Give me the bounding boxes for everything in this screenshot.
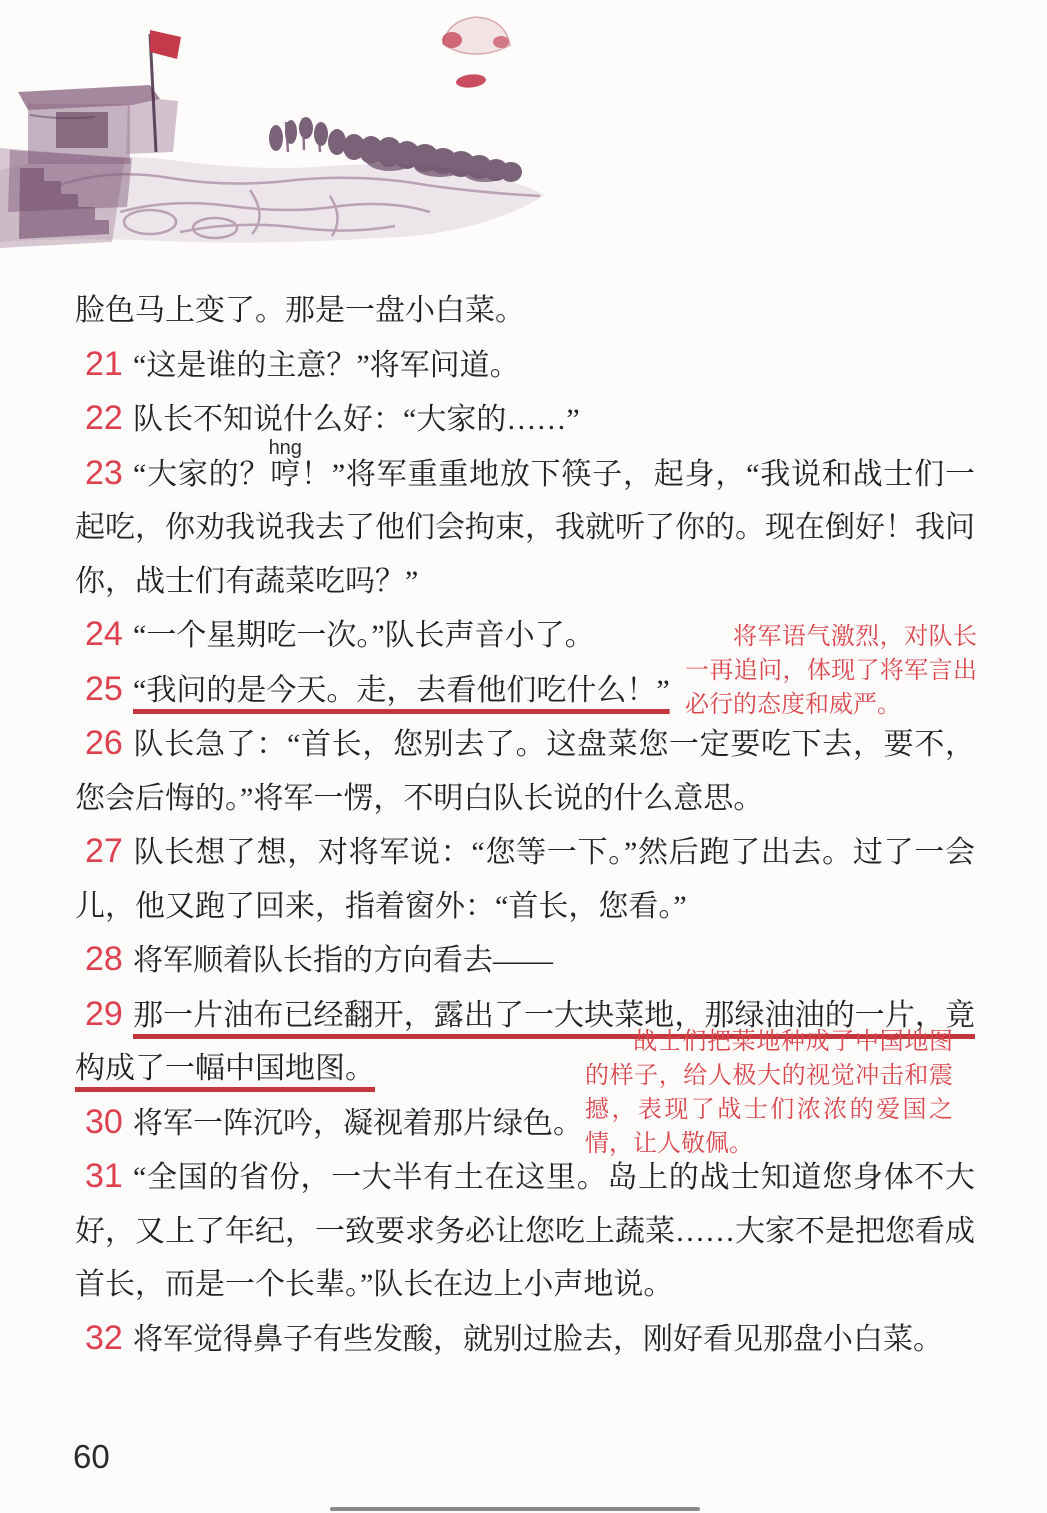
paragraph-32: 32将军觉得鼻子有些发酸，就别过脸去，刚好看见那盘小白菜。 bbox=[75, 1312, 975, 1367]
paragraph-23: 23“大家的？哼hng！”将军重重地放下筷子，起身，“我说和战士们一起吃，你劝我… bbox=[75, 447, 975, 609]
underlined-sentence: “我问的是今天。走，去看他们吃什么！” bbox=[133, 674, 670, 707]
pinyin-annotation: hng bbox=[269, 438, 302, 458]
paragraph-31: 31“全国的省份，一大半有土在这里。岛上的战士知道您身体不大好，又上了年纪，一致… bbox=[75, 1150, 975, 1312]
paragraph-number: 30 bbox=[75, 1096, 133, 1150]
paragraph-intro: 脸色马上变了。那是一盘小白菜。 bbox=[75, 284, 975, 338]
paragraph-21: 21“这是谁的主意？”将军问道。 bbox=[75, 338, 975, 393]
paragraph-number: 24 bbox=[75, 608, 133, 662]
paragraph-text: “大家的？哼hng！”将军重重地放下筷子，起身，“我说和战士们一起吃，你劝我说我… bbox=[75, 458, 975, 598]
paragraph-28: 28将军顺着队长指的方向看去—— bbox=[75, 933, 975, 988]
margin-note-2: 战士们把菜地种成了中国地图的样子，给人极大的视觉冲击和震撼，表现了战士们浓浓的爱… bbox=[585, 1025, 953, 1161]
paragraph-text: 将军顺着队长指的方向看去—— bbox=[133, 944, 553, 977]
char-heng: 哼 bbox=[270, 458, 300, 491]
paragraph-number: 23 bbox=[75, 447, 133, 501]
scan-artifact bbox=[330, 1507, 700, 1511]
parachute-icon bbox=[442, 17, 510, 89]
paragraph-text: 队长急了：“首长，您别去了。这盘菜您一定要吃下去，要不，您会后悔的。”将军一愣，… bbox=[75, 728, 975, 815]
paragraph-number: 29 bbox=[75, 988, 133, 1042]
paragraph-text: “全国的省份，一大半有土在这里。岛上的战士知道您身体不大好，又上了年纪，一致要求… bbox=[75, 1161, 975, 1301]
textbook-page: 脸色马上变了。那是一盘小白菜。 21“这是谁的主意？”将军问道。 22队长不知说… bbox=[0, 0, 1047, 1513]
paragraph-number: 21 bbox=[75, 338, 133, 392]
island-illustration bbox=[0, 0, 1047, 270]
paragraph-text: 队长想了想，对将军说：“您等一下。”然后跑了出去。过了一会儿，他又跑了回来，指着… bbox=[75, 836, 975, 923]
paragraph-number: 25 bbox=[75, 663, 133, 717]
paragraph-22: 22队长不知说什么好：“大家的……” bbox=[75, 392, 975, 447]
paragraph-number: 26 bbox=[75, 717, 133, 771]
page-number: 60 bbox=[73, 1438, 110, 1476]
paragraph-text: 将军一阵沉吟，凝视着那片绿色。 bbox=[133, 1107, 583, 1140]
paragraph-27: 27队长想了想，对将军说：“您等一下。”然后跑了出去。过了一会儿，他又跑了回来，… bbox=[75, 825, 975, 933]
pinyin-annotated-char: 哼hng bbox=[270, 448, 300, 502]
reading-text: 脸色马上变了。那是一盘小白菜。 21“这是谁的主意？”将军问道。 22队长不知说… bbox=[75, 284, 975, 1366]
illustration-svg bbox=[0, 0, 1047, 270]
paragraph-number: 31 bbox=[75, 1150, 133, 1204]
margin-note-1: 将军语气激烈，对队长一再追问，体现了将军言出必行的态度和威严。 bbox=[685, 620, 977, 722]
paragraph-26: 26队长急了：“首长，您别去了。这盘菜您一定要吃下去，要不，您会后悔的。”将军一… bbox=[75, 717, 975, 825]
paragraph-number: 27 bbox=[75, 825, 133, 879]
paragraph-text: “一个星期吃一次。”队长声音小了。 bbox=[133, 619, 595, 652]
paragraph-text: 将军觉得鼻子有些发酸，就别过脸去，刚好看见那盘小白菜。 bbox=[133, 1323, 943, 1356]
paragraph-text: “这是谁的主意？”将军问道。 bbox=[133, 349, 520, 382]
paragraph-number: 32 bbox=[75, 1312, 133, 1366]
paragraph-text: 队长不知说什么好：“大家的……” bbox=[133, 403, 580, 436]
paragraph-text: 脸色马上变了。那是一盘小白菜。 bbox=[75, 294, 525, 327]
paragraph-number: 28 bbox=[75, 933, 133, 987]
text-before-pinyin: “大家的？ bbox=[133, 458, 270, 491]
paragraph-number: 22 bbox=[75, 392, 133, 446]
